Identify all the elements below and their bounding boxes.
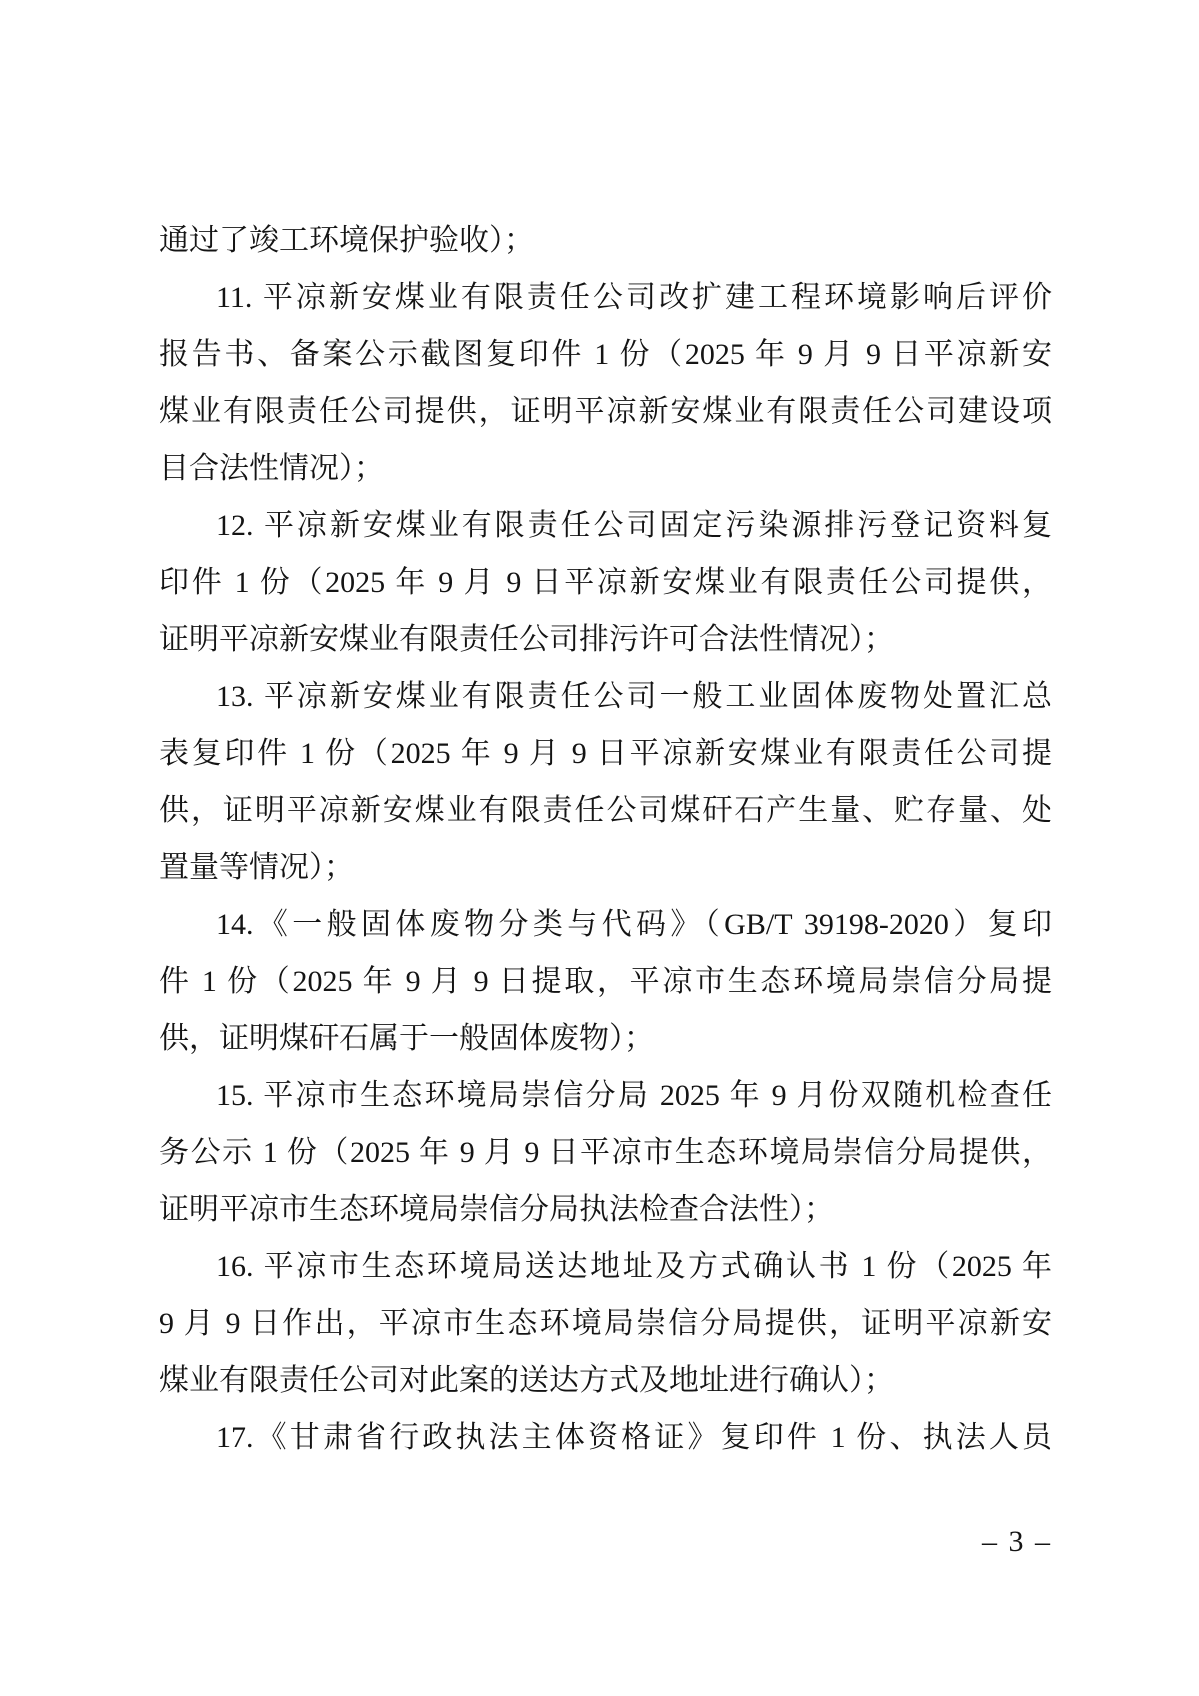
text-line: 供，证明煤矸石属于一般固体废物）； xyxy=(159,1010,1052,1067)
text-line: 12. 平凉新安煤业有限责任公司固定污染源排污登记资料复 xyxy=(159,497,1052,554)
document-page: 通过了竣工环境保护验收）； 11. 平凉新安煤业有限责任公司改扩建工程环境影响后… xyxy=(0,0,1199,1696)
text-line: 15. 平凉市生态环境局崇信分局 2025 年 9 月份双随机检查任 xyxy=(159,1067,1052,1124)
text-line: 供，证明平凉新安煤业有限责任公司煤矸石产生量、贮存量、处 xyxy=(159,782,1052,839)
text-line: 件 1 份（2025 年 9 月 9 日提取，平凉市生态环境局崇信分局提 xyxy=(159,953,1052,1010)
text-line: 证明平凉市生态环境局崇信分局执法检查合法性）； xyxy=(159,1181,1052,1238)
document-body: 通过了竣工环境保护验收）； 11. 平凉新安煤业有限责任公司改扩建工程环境影响后… xyxy=(159,212,1052,1466)
text-line: 16. 平凉市生态环境局送达地址及方式确认书 1 份（2025 年 xyxy=(159,1238,1052,1295)
text-line: 9 月 9 日作出，平凉市生态环境局崇信分局提供，证明平凉新安 xyxy=(159,1295,1052,1352)
text-line: 13. 平凉新安煤业有限责任公司一般工业固体废物处置汇总 xyxy=(159,668,1052,725)
text-line: 11. 平凉新安煤业有限责任公司改扩建工程环境影响后评价 xyxy=(159,269,1052,326)
page-number: – 3 – xyxy=(159,1522,1052,1562)
text-line: 目合法性情况）； xyxy=(159,440,1052,497)
text-line: 煤业有限责任公司提供，证明平凉新安煤业有限责任公司建设项 xyxy=(159,383,1052,440)
text-line: 证明平凉新安煤业有限责任公司排污许可合法性情况）； xyxy=(159,611,1052,668)
text-line: 务公示 1 份（2025 年 9 月 9 日平凉市生态环境局崇信分局提供， xyxy=(159,1124,1052,1181)
text-line: 报告书、备案公示截图复印件 1 份（2025 年 9 月 9 日平凉新安 xyxy=(159,326,1052,383)
text-line: 煤业有限责任公司对此案的送达方式及地址进行确认）； xyxy=(159,1352,1052,1409)
text-line: 印件 1 份（2025 年 9 月 9 日平凉新安煤业有限责任公司提供， xyxy=(159,554,1052,611)
text-line: 14.《一般固体废物分类与代码》（GB/T 39198-2020）复印 xyxy=(159,896,1052,953)
text-line: 17.《甘肃省行政执法主体资格证》复印件 1 份、执法人员 xyxy=(159,1409,1052,1466)
text-line: 置量等情况）； xyxy=(159,839,1052,896)
text-line: 表复印件 1 份（2025 年 9 月 9 日平凉新安煤业有限责任公司提 xyxy=(159,725,1052,782)
text-line: 通过了竣工环境保护验收）； xyxy=(159,212,1052,269)
